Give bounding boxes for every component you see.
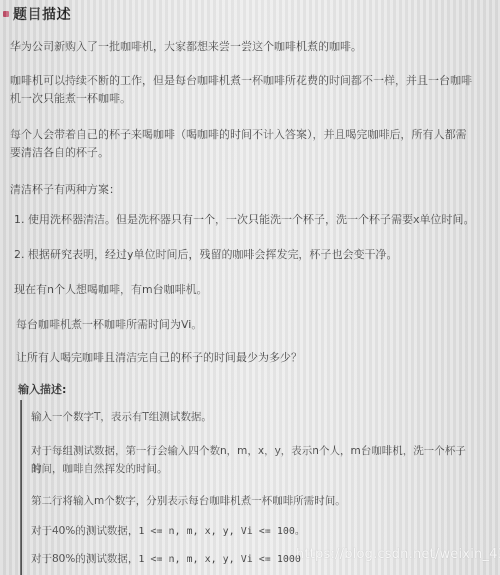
constraint-80-code: 1 <= n, m, x, y, Vi <= 1000 (138, 554, 301, 565)
constraint-40-label: 对于40%的测试数据， (31, 525, 138, 537)
problem-page: 题目描述 华为公司新购入了一批咖啡机，大家都想来尝一尝这个咖啡机煮的咖啡。 咖啡… (0, 0, 500, 575)
section-header: 题目描述 (3, 4, 71, 24)
input-description-label: 输入描述: (18, 381, 488, 399)
paragraph-cups-line1: 每个人会带着自己的杯子来喝咖啡（喝咖啡的时间不计入答案），并且喝完咖啡后，所有人… (10, 126, 480, 144)
input-line-t: 输入一个数字T，表示有T组测试数据。 (31, 408, 471, 426)
paragraph-cups-line2: 要清洁各自的杯子。 (10, 144, 480, 162)
watermark-link: https://blog.csdn.net/weixin_43957365 (296, 547, 500, 562)
paragraph-machines-line2: 机一次只能煮一杯咖啡。 (10, 90, 480, 108)
input-line-second-row: 第二行将输入m个数字，分别表示每台咖啡机煮一杯咖啡所需时间。 (31, 492, 471, 510)
option-2: 2. 根据研究表明，经过y单位时间后，残留的咖啡会挥发完，杯子也会变干净。 (14, 246, 484, 264)
paragraph-question: 让所有人喝完咖啡且清洁完自己的杯子的时间最少为多少？ (16, 349, 486, 367)
bullet-icon (3, 11, 9, 17)
paragraph-cleaning-options: 清洁杯子有两种方案： (10, 181, 480, 199)
constraint-40-code: 1 <= n, m, x, y, Vi <= 100。 (138, 526, 305, 537)
paragraph-people-machines: 现在有n个人想喝咖啡，有m台咖啡机。 (14, 281, 484, 299)
constraint-80-label: 对于80%的测试数据， (31, 553, 138, 565)
paragraph-machines-line1: 咖啡机可以持续不断的工作，但是每台咖啡机煮一杯咖啡所花费的时间都不一样，并且一台… (10, 72, 480, 90)
paragraph-brew-time: 每台咖啡机煮一杯咖啡所需时间为Vi。 (16, 316, 486, 334)
option-1: 1. 使用洗杯器清洁。但是洗杯器只有一个，一次只能洗一个杯子，洗一个杯子需要x单… (14, 211, 484, 229)
constraint-40-percent: 对于40%的测试数据，1 <= n, m, x, y, Vi <= 100。 (31, 522, 471, 541)
section-title: 题目描述 (13, 4, 71, 24)
input-line-first-row-2: 时间，咖啡自然挥发的时间。 (31, 460, 471, 478)
paragraph-intro: 华为公司新购入了一批咖啡机，大家都想来尝一尝这个咖啡机煮的咖啡。 (10, 38, 480, 56)
